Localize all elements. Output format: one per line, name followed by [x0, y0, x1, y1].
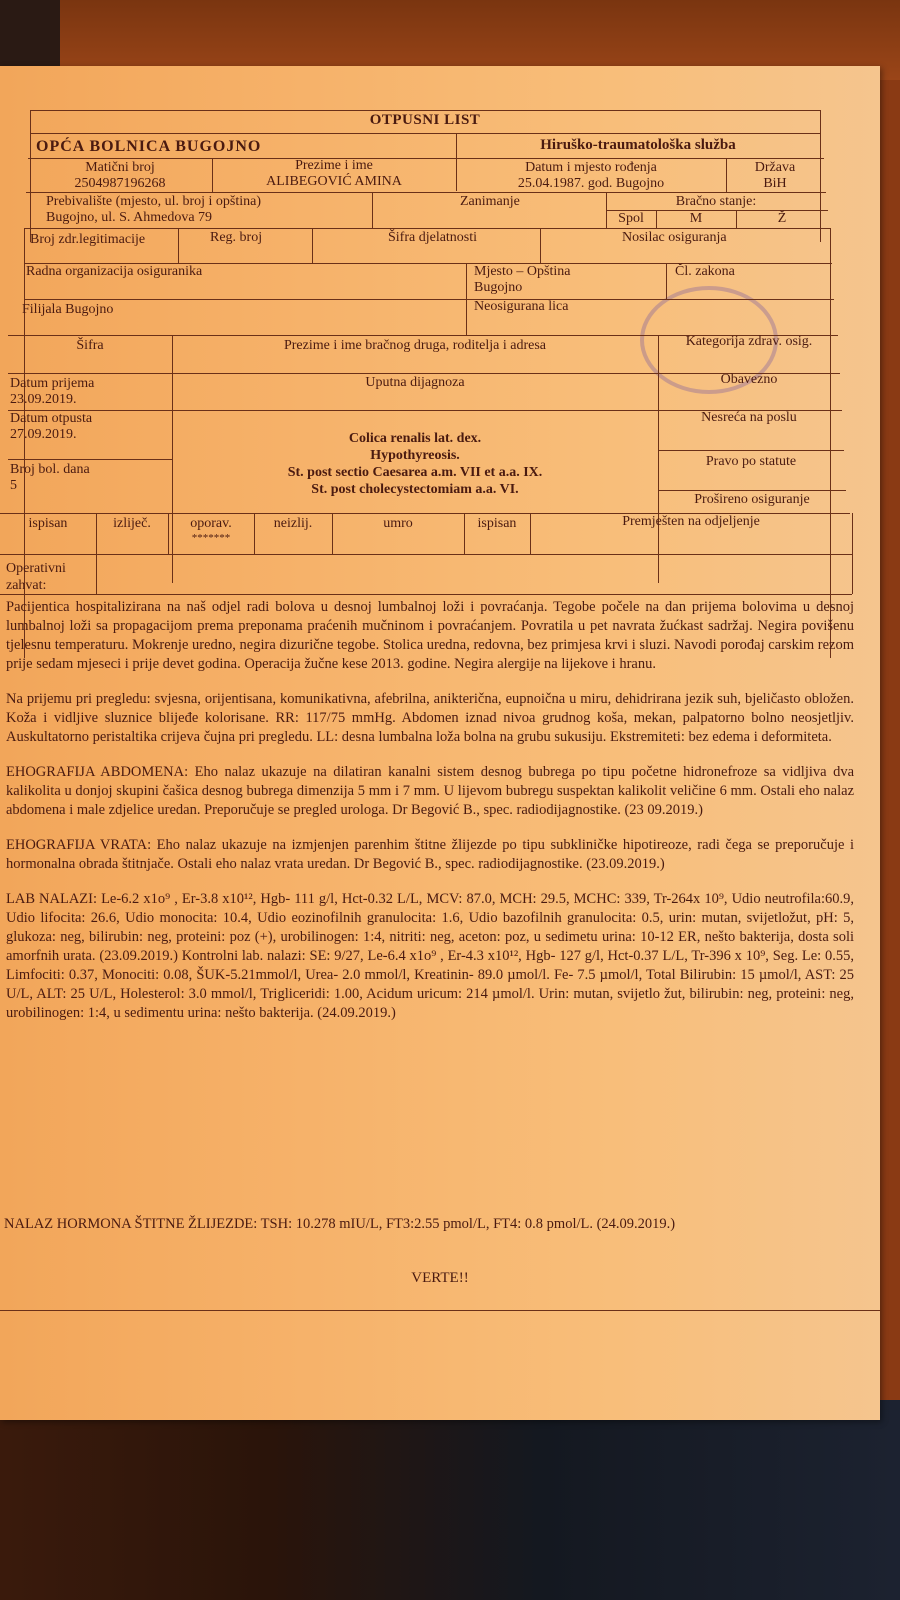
maticni-broj-cell: Matični broj 2504987196268 — [28, 160, 212, 192]
outcome-not-cured: neizlij. — [254, 516, 332, 532]
outcome-recovered-label: oporav. — [168, 516, 254, 531]
examination-paragraph: Na prijemu pri pregledu: svjesna, orijen… — [6, 690, 854, 747]
document-title: OTPUSNI LIST — [30, 112, 820, 129]
branch-label: Filijala Bugojno — [22, 302, 113, 318]
bottom-rule — [0, 1310, 880, 1311]
diagnosis-item: Hypothyreosis. — [172, 447, 658, 464]
birth-value: 25.04.1987. god. Bugojno — [456, 176, 726, 192]
outcome-cured: izliječ. — [96, 516, 168, 532]
category-mandatory: Obavezno — [658, 372, 840, 388]
anamnesis-paragraph: Pacijentica hospitalizirana na naš odjel… — [6, 598, 854, 674]
work-org-label: Radna organizacija osiguranika — [26, 264, 202, 280]
thyroid-hormones-line: NALAZ HORMONA ŠTITNE ŽLIJEZDE: TSH: 10.2… — [4, 1216, 675, 1233]
admission-cell: Datum prijema 23.09.2019. — [10, 376, 94, 408]
reg-number-label: Reg. broj — [210, 230, 262, 246]
outcome-discharged: ispisan — [0, 516, 96, 532]
discharge-label: Datum otpusta — [10, 411, 92, 427]
verte-note: VERTE!! — [0, 1270, 880, 1287]
place-cell: Mjesto – Opština Bugojno — [474, 264, 570, 296]
outcome-died: umro — [332, 516, 464, 532]
diagnosis-item: Colica renalis lat. dex. — [172, 430, 658, 447]
sex-label: Spol — [606, 211, 656, 227]
sex-option-m: M — [656, 211, 736, 227]
residence-cell: Prebivalište (mjesto, ul. broj i opština… — [46, 194, 261, 226]
diagnosis-item: St. post cholecystectomiam a.a. VI. — [172, 481, 658, 498]
relative-label: Prezime i ime bračnog druga, roditelja i… — [172, 338, 658, 354]
admission-label: Datum prijema — [10, 376, 94, 392]
occupation-label: Zanimanje — [460, 194, 520, 210]
outcome-recovered: oporav. ******* — [168, 516, 254, 546]
law-article-label: Čl. zakona — [675, 264, 735, 280]
lab-results-paragraph: LAB NALAZI: Le-6.2 x1o⁹ , Er-3.8 x10¹², … — [6, 890, 854, 1023]
department-name: Hiruško-traumatološka služba — [456, 137, 820, 154]
discharge-letter-paper: OTPUSNI LIST OPĆA BOLNICA BUGOJNO Hirušk… — [0, 66, 880, 1420]
abdomen-ultrasound-paragraph: EHOGRAFIJA ABDOMENA: Eho nalaz ukazuje n… — [6, 763, 854, 820]
diagnosis-item: St. post sectio Caesarea a.m. VII et a.a… — [172, 464, 658, 481]
hospital-days-value: 5 — [10, 478, 90, 494]
country-label: Država — [726, 160, 824, 176]
country-cell: Država BiH — [726, 160, 824, 192]
country-value: BiH — [726, 176, 824, 192]
insurance-category-label: Kategorija zdrav. osig. — [658, 334, 840, 350]
code-label: Šifra — [8, 338, 172, 354]
referral-diagnosis-label: Uputna dijagnoza — [172, 375, 658, 391]
category-extended: Prošireno osiguranje — [658, 492, 846, 508]
background-object — [0, 0, 60, 70]
health-id-label: Broj zdr.legitimacije — [30, 232, 145, 248]
birth-cell: Datum i mjesto rođenja 25.04.1987. god. … — [456, 160, 726, 192]
uninsured-label: Neosigurana lica — [474, 299, 568, 315]
hospital-days-label: Broj bol. dana — [10, 462, 90, 478]
category-statute: Pravo po statute — [658, 454, 844, 470]
birth-label: Datum i mjesto rođenja — [456, 160, 726, 176]
discharge-cell: Datum otpusta 27.09.2019. — [10, 411, 92, 443]
place-label: Mjesto – Opština — [474, 264, 570, 280]
transferred-to-ward-label: Premješten na odjeljenje — [530, 514, 852, 530]
residence-label: Prebivalište (mjesto, ul. broj i opština… — [46, 194, 261, 210]
neck-ultrasound-paragraph: EHOGRAFIJA VRATA: Eho nalaz ukazuje na i… — [6, 836, 854, 874]
hospital-days-cell: Broj bol. dana 5 — [10, 462, 90, 494]
insurance-holder-label: Nosilac osiguranja — [622, 230, 727, 246]
clinical-text: Pacijentica hospitalizirana na naš odjel… — [6, 598, 854, 1039]
category-work-accident: Nesreća na poslu — [658, 410, 840, 426]
background-floor — [0, 1400, 900, 1600]
residence-value: Bugojno, ul. S. Ahmedova 79 — [46, 210, 261, 226]
marital-status-label: Bračno stanje: — [606, 194, 826, 210]
outcome-discharged-2: ispisan — [464, 516, 530, 532]
diagnosis-list: Colica renalis lat. dex. Hypothyreosis. … — [172, 430, 658, 498]
place-value: Bugojno — [474, 280, 570, 296]
maticni-broj-value: 2504987196268 — [28, 176, 212, 192]
admission-value: 23.09.2019. — [10, 392, 94, 408]
maticni-broj-label: Matični broj — [28, 160, 212, 176]
patient-name-label: Prezime i ime — [212, 158, 456, 174]
sex-option-z: Ž — [736, 211, 828, 227]
hospital-name: OPĆA BOLNICA BUGOJNO — [36, 138, 261, 156]
surgery-label: Operativni zahvat: — [6, 560, 92, 594]
activity-code-label: Šifra djelatnosti — [388, 230, 477, 246]
outcome-mark: ******* — [168, 531, 254, 546]
patient-name-value: ALIBEGOVIĆ AMINA — [212, 174, 456, 190]
patient-name-cell: Prezime i ime ALIBEGOVIĆ AMINA — [212, 158, 456, 190]
discharge-value: 27.09.2019. — [10, 427, 92, 443]
